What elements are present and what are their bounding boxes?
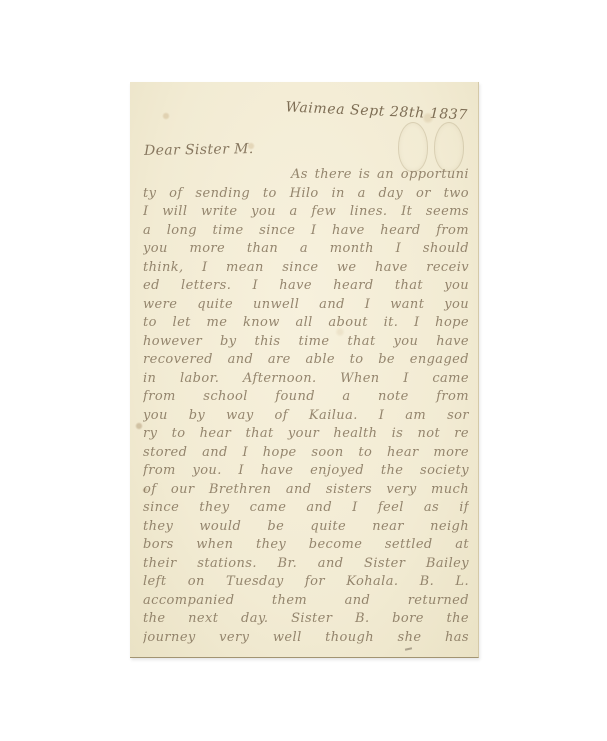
letter-salutation: Dear Sister M.: [144, 141, 254, 159]
scan-background: Waimea Sept 28th 1837 Dear Sister M. As …: [0, 0, 607, 741]
letter-line: bors when they become settled at: [143, 536, 469, 555]
letter-line: of our Brethren and sisters very much: [143, 481, 469, 500]
letter-line: ty of sending to Hilo in a day or two: [143, 185, 469, 204]
letter-body: As there is an opportunity of sending to…: [143, 166, 469, 657]
letter-line: left on Tuesday for Kohala. B. L.: [143, 573, 469, 592]
letter-line: journey very well though she has: [143, 629, 469, 648]
letter-line: As there is an opportuni: [143, 166, 469, 185]
letter-line: they would be quite near neigh: [143, 518, 469, 537]
letter-line: you more than a month I should: [143, 240, 469, 259]
letter-line: ry to hear that your health is not re: [143, 425, 469, 444]
letter-line: were quite unwell and I want you: [143, 296, 469, 315]
letter-line: ed letters. I have heard that you: [143, 277, 469, 296]
letter-line: recovered and are able to be engaged: [143, 351, 469, 370]
letter-dateline: Waimea Sept 28th 1837: [130, 93, 468, 124]
letter-line: however by this time that you have: [143, 333, 469, 352]
letter-line: stored and I hope soon to hear more: [143, 444, 469, 463]
letter-line: I will write you a few lines. It seems: [143, 203, 469, 222]
letter-line: accompanied them and returned: [143, 592, 469, 611]
letter-page: Waimea Sept 28th 1837 Dear Sister M. As …: [130, 82, 479, 658]
seal-oval-right: [434, 122, 464, 172]
letter-line: you by way of Kailua. I am sor: [143, 407, 469, 426]
seal-oval-left: [398, 122, 428, 172]
letter-line: a long time since I have heard from: [143, 222, 469, 241]
letter-line: their stations. Br. and Sister Bailey: [143, 555, 469, 574]
letter-line: to let me know all about it. I hope: [143, 314, 469, 333]
letter-line: since they came and I feel as if: [143, 499, 469, 518]
letter-line: think, I mean since we have receiv: [143, 259, 469, 278]
letter-line: from school found a note from: [143, 388, 469, 407]
letter-line: in labor. Afternoon. When I came: [143, 370, 469, 389]
letter-line: the next day. Sister B. bore the: [143, 610, 469, 629]
letter-line: from you. I have enjoyed the society: [143, 462, 469, 481]
